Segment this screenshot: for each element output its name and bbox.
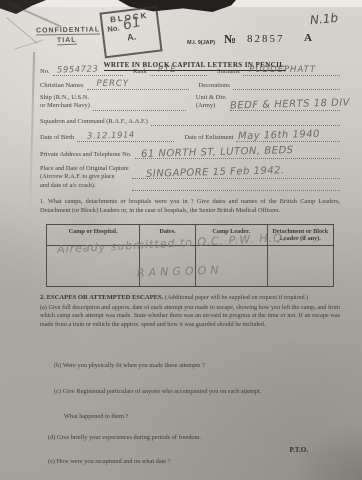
- surname-label: Surname: [217, 68, 243, 76]
- enlistment-value: May 16th 1940: [238, 129, 320, 142]
- rank-field: PTE: [150, 66, 207, 76]
- unit-field: BEDF & HERTS 18 DIV: [230, 98, 340, 111]
- confidential-stamp-offset: TIAL: [57, 37, 77, 46]
- unit-label: Unit & Div. (Army): [196, 94, 230, 111]
- question-2d-text: (d) Give briefly your experiences during…: [48, 434, 340, 441]
- serial-suffix: A: [304, 32, 312, 44]
- christian-names-label: Christian Names: [40, 82, 87, 90]
- paper-fold-line: [29, 52, 35, 217]
- surname-value: PUDDEPHATT: [249, 65, 316, 75]
- capture-label: Place and Date of Original Capture (Airc…: [40, 165, 132, 191]
- enlistment-field: May 16th 1940: [236, 130, 340, 142]
- ship-field: [93, 101, 186, 111]
- address-field: 61 NORTH ST, LUTON, BEDS: [135, 146, 340, 159]
- question-2e-text: (e) How were you recaptured and on what …: [48, 458, 340, 465]
- handwritten-annotation: N.1b: [309, 11, 338, 27]
- torn-paper-corner: [0, 0, 46, 14]
- block-no-label: No.: [107, 23, 120, 33]
- capture-value: SINGAPORE 15 Feb 1942.: [146, 165, 285, 180]
- capture-continuation-line: [132, 179, 340, 191]
- dob-value: 3.12.1914: [87, 131, 135, 142]
- row-capture: Place and Date of Original Capture (Airc…: [40, 165, 340, 191]
- rank-value: PTE: [158, 65, 177, 75]
- christian-names-field: PERCY: [87, 80, 189, 90]
- question-1-text: 1. What camps, detachments or hospitals …: [40, 198, 340, 216]
- mi9-label: M.I. 9(JAP): [187, 40, 215, 46]
- pto-footer: P.T.O.: [290, 446, 308, 454]
- question-2a-text: (a) Give full description and approx. da…: [40, 304, 340, 330]
- no-label: No.: [40, 68, 53, 76]
- row-birth-enlistment: Date of Birth 3.12.1914 Date of Enlistme…: [40, 130, 340, 142]
- row-address: Private Address and Telephone No. 61 NOR…: [40, 146, 340, 159]
- question-2c2-text: What happened to them ?: [64, 413, 340, 420]
- camps-table: Camp or Hospital. Dates. Camp Leader. De…: [46, 224, 334, 287]
- row-no-rank-surname: No. 5954723 Rank PTE Surname PUDDEPHATT: [40, 66, 340, 76]
- question-2b-text: (b) Were you physically fit when you mad…: [54, 362, 340, 369]
- unit-value: BEDF & HERTS 18 DIV: [229, 98, 349, 112]
- table-handwritten-entry-line2: RANGOON: [137, 263, 223, 279]
- table-cell: [267, 245, 333, 286]
- question-2c-text: (c) Give Regimental particulars of anyon…: [54, 388, 340, 395]
- decorations-label: Decorations: [199, 82, 233, 90]
- document-scan: CONFIDENTIAL TIAL BLOCK No. 61 A. M.I. 9…: [0, 0, 362, 480]
- section-2-heading: 2. ESCAPES OR ATTEMPTED ESCAPES. (Additi…: [40, 294, 340, 301]
- enlistment-label: Date of Enlistment: [184, 134, 236, 142]
- dob-label: Date of Birth: [40, 134, 77, 142]
- address-value: 61 NORTH ST, LUTON, BEDS: [141, 145, 294, 160]
- confidential-stamp: CONFIDENTIAL: [36, 26, 100, 35]
- row-names-decorations: Christian Names PERCY Decorations: [40, 80, 340, 90]
- surname-field: PUDDEPHATT: [243, 66, 340, 76]
- squadron-field: [151, 116, 340, 126]
- paper-crease: [15, 39, 44, 49]
- christian-names-value: PERCY: [97, 79, 130, 89]
- form-fields: No. 5954723 Rank PTE Surname PUDDEPHATT …: [40, 66, 340, 465]
- row-squadron: Squadron and Command (R.A.F., A.A.F.): [40, 116, 340, 126]
- squadron-label: Squadron and Command (R.A.F., A.A.F.): [40, 118, 151, 126]
- paper-crease: [6, 17, 37, 43]
- capture-field: SINGAPORE 15 Feb 1942.: [132, 167, 340, 191]
- numero-symbol: №: [224, 32, 236, 47]
- dob-field: 3.12.1914: [77, 132, 174, 142]
- decorations-field: [233, 80, 340, 90]
- no-value: 5954723: [56, 64, 98, 75]
- serial-number: 82857: [247, 33, 285, 45]
- ship-label: Ship (R.N., U.S.N. or Merchant Navy): [40, 94, 93, 111]
- row-ship-unit: Ship (R.N., U.S.N. or Merchant Navy) Uni…: [40, 94, 340, 111]
- address-label: Private Address and Telephone No.: [40, 151, 135, 159]
- rank-label: Rank: [133, 68, 150, 76]
- block-number-stamp: BLOCK No. 61 A.: [99, 6, 162, 59]
- no-field: 5954723: [53, 66, 123, 76]
